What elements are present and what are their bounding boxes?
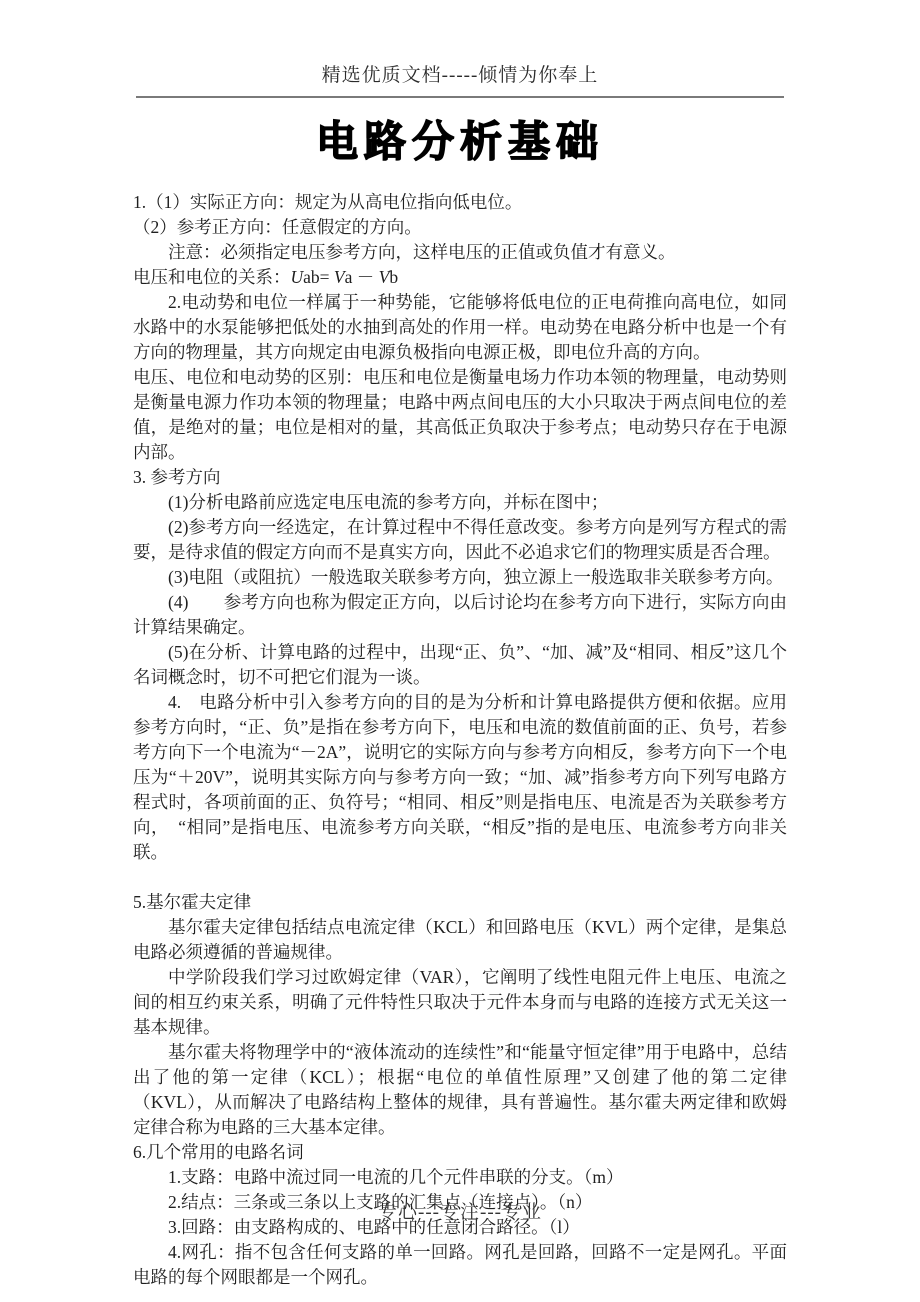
- para-actual-positive-direction: 1.（1）实际正方向：规定为从高电位指向低电位。: [133, 190, 787, 215]
- formula-sub-b: b: [389, 267, 398, 287]
- heading-reference-direction: 3. 参考方向: [133, 465, 787, 490]
- para-ref-dir-4: (4) 参考方向也称为假定正方向，以后讨论均在参考方向下进行，实际方向由计算结果…: [133, 590, 787, 640]
- formula-minus: －: [352, 267, 378, 287]
- heading-kirchhoff-laws: 5.基尔霍夫定律: [133, 890, 787, 915]
- formula-var-va: V: [334, 267, 345, 287]
- formula-label: 电压和电位的关系：: [133, 267, 291, 287]
- para-ref-dir-5: (5)在分析、计算电路的过程中，出现“正、负”、“加、减”及“相同、相反”这几个…: [133, 640, 787, 690]
- document-page: 精选优质文档-----倾情为你奉上 电路分析基础 1.（1）实际正方向：规定为从…: [0, 0, 920, 1302]
- formula-equals: =: [320, 267, 334, 287]
- formula-sub-ab: ab: [303, 267, 320, 287]
- document-title: 电路分析基础: [0, 120, 920, 166]
- voltage-potential-formula: 电压和电位的关系：Uab= Va － Vb: [133, 265, 787, 290]
- para-emf-potential: 2.电动势和电位一样属于一种势能，它能够将低电位的正电荷推向高电位，如同水路中的…: [133, 290, 787, 365]
- document-body: 1.（1）实际正方向：规定为从高电位指向低电位。 （2）参考正方向：任意假定的方…: [133, 190, 787, 1290]
- heading-common-circuit-terms: 6.几个常用的电路名词: [133, 1140, 787, 1165]
- para-purpose-of-reference-direction: 4. 电路分析中引入参考方向的目的是为分析和计算电路提供方便和依据。应用参考方向…: [133, 690, 787, 865]
- para-ohms-law-var: 中学阶段我们学习过欧姆定律（VAR），它阐明了线性电阻元件上电压、电流之间的相互…: [133, 965, 787, 1040]
- para-ref-dir-3: (3)电阻（或阻抗）一般选取关联参考方向，独立源上一般选取非关联参考方向。: [133, 565, 787, 590]
- para-kirchhoff-history: 基尔霍夫将物理学中的“液体流动的连续性”和“能量守恒定律”用于电路中，总结出了他…: [133, 1040, 787, 1140]
- para-kcl-kvl-overview: 基尔霍夫定律包括结点电流定律（KCL）和回路电压（KVL）两个定律，是集总电路必…: [133, 915, 787, 965]
- footer-slogan: 专心---专注---专业: [0, 1197, 920, 1224]
- para-reference-positive-direction: （2）参考正方向：任意假定的方向。: [133, 215, 787, 240]
- page-header: 精选优质文档-----倾情为你奉上: [0, 0, 920, 98]
- header-slogan: 精选优质文档-----倾情为你奉上: [0, 60, 920, 87]
- para-term-mesh: 4.网孔：指不包含任何支路的单一回路。网孔是回路，回路不一定是网孔。平面电路的每…: [133, 1240, 787, 1290]
- para-term-branch: 1.支路：电路中流过同一电流的几个元件串联的分支。（m）: [133, 1165, 787, 1190]
- formula-var-vb: V: [379, 267, 390, 287]
- para-ref-dir-1: (1)分析电路前应选定电压电流的参考方向，并标在图中；: [133, 490, 787, 515]
- para-voltage-potential-emf-difference: 电压、电位和电动势的区别：电压和电位是衡量电场力作功本领的物理量，电动势则是衡量…: [133, 365, 787, 465]
- para-ref-dir-2: (2)参考方向一经选定，在计算过程中不得任意改变。参考方向是列写方程式的需要，是…: [133, 515, 787, 565]
- formula-var-u: U: [291, 267, 304, 287]
- header-rule: [136, 96, 784, 98]
- para-note-voltage-reference: 注意：必须指定电压参考方向，这样电压的正值或负值才有意义。: [133, 240, 787, 265]
